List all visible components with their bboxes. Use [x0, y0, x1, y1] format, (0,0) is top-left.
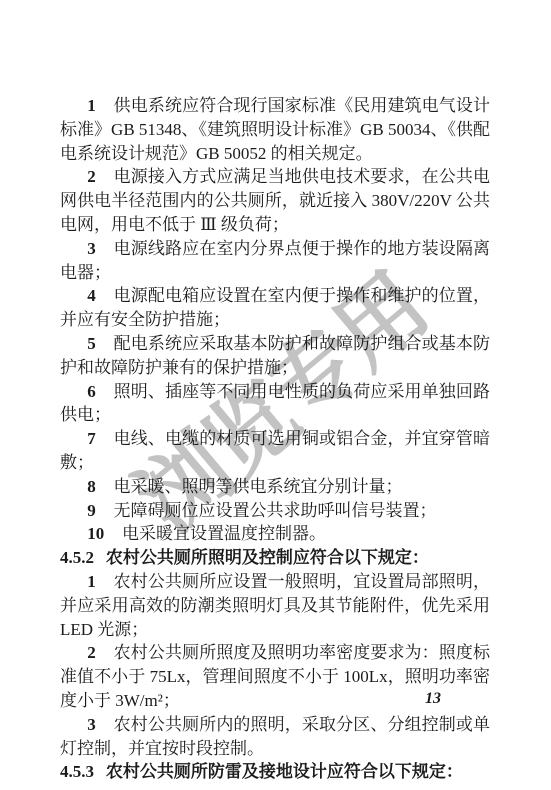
list-item: 2电源接入方式应满足当地供电技术要求，在公共电网供电半径范围内的公共厕所，就近接…: [60, 165, 490, 236]
item-number: 7: [87, 429, 96, 448]
item-text: 电采暖、照明等供电系统宜分别计量；: [114, 477, 403, 496]
item-text: 电源接入方式应满足当地供电技术要求，在公共电网供电半径范围内的公共厕所，就近接入…: [60, 167, 490, 234]
item-number: 4: [87, 286, 96, 305]
list-item: 8电采暖、照明等供电系统宜分别计量；: [60, 475, 490, 499]
item-number: 9: [87, 501, 96, 520]
page-number: 13: [425, 690, 441, 708]
clause-text: 农村公共厕所防雷及接地设计应符合以下规定：: [106, 762, 463, 781]
item-text: 农村公共厕所内的照明，采取分区、分组控制或单灯控制，并宜按时段控制。: [60, 715, 490, 758]
item-text: 电线、电缆的材质可选用铜或铝合金，并宜穿管暗敷；: [60, 429, 490, 472]
list-item: 1供电系统应符合现行国家标准《民用建筑电气设计标准》GB 51348、《建筑照明…: [60, 94, 490, 165]
list-item: 3农村公共厕所内的照明，采取分区、分组控制或单灯控制，并宜按时段控制。: [60, 713, 490, 761]
list-item: 4电源配电箱应设置在室内便于操作和维护的位置，并应有安全防护措施；: [60, 284, 490, 332]
clause-heading: 4.5.3农村公共厕所防雷及接地设计应符合以下规定：: [60, 760, 490, 784]
item-text: 照明、插座等不同用电性质的负荷应采用单独回路供电；: [60, 382, 490, 425]
item-number: 5: [87, 334, 96, 353]
item-text: 无障碍厕位应设置公共求助呼叫信号装置；: [114, 501, 437, 520]
item-text: 电源配电箱应设置在室内便于操作和维护的位置，并应有安全防护措施；: [60, 286, 490, 329]
list-item: 7电线、电缆的材质可选用铜或铝合金，并宜穿管暗敷；: [60, 427, 490, 475]
item-number: 6: [87, 382, 96, 401]
list-item: 10电采暖宜设置温度控制器。: [60, 522, 490, 546]
item-number: 3: [87, 715, 96, 734]
list-item: 1农村公共厕所应设置一般照明，宜设置局部照明，并应采用高效的防潮类照明灯具及其节…: [60, 570, 490, 641]
clause-number: 4.5.3: [60, 762, 94, 781]
item-text: 配电系统应采取基本防护和故障防护组合或基本防护和故障防护兼有的保护措施；: [60, 334, 490, 377]
page-body-text: 1供电系统应符合现行国家标准《民用建筑电气设计标准》GB 51348、《建筑照明…: [60, 94, 490, 784]
item-text: 电源线路应在室内分界点便于操作的地方装设隔离电器；: [60, 239, 490, 282]
clause-number: 4.5.2: [60, 548, 94, 567]
item-text: 农村公共厕所应设置一般照明，宜设置局部照明，并应采用高效的防潮类照明灯具及其节能…: [60, 572, 490, 639]
item-number: 3: [87, 239, 96, 258]
clause-text: 农村公共厕所照明及控制应符合以下规定：: [106, 548, 429, 567]
item-number: 2: [87, 167, 96, 186]
clause-heading: 4.5.2农村公共厕所照明及控制应符合以下规定：: [60, 546, 490, 570]
list-item: 3电源线路应在室内分界点便于操作的地方装设隔离电器；: [60, 237, 490, 285]
document-page: 浏览专用 1供电系统应符合现行国家标准《民用建筑电气设计标准》GB 51348、…: [0, 0, 551, 790]
item-number: 1: [87, 96, 96, 115]
list-item: 5配电系统应采取基本防护和故障防护组合或基本防护和故障防护兼有的保护措施；: [60, 332, 490, 380]
list-item: 6照明、插座等不同用电性质的负荷应采用单独回路供电；: [60, 380, 490, 428]
item-number: 1: [87, 572, 96, 591]
item-number: 2: [87, 643, 96, 662]
list-item: 9无障碍厕位应设置公共求助呼叫信号装置；: [60, 499, 490, 523]
item-number: 8: [87, 477, 96, 496]
item-text: 电采暖宜设置温度控制器。: [122, 524, 326, 543]
item-text: 供电系统应符合现行国家标准《民用建筑电气设计标准》GB 51348、《建筑照明设…: [60, 96, 490, 163]
item-number: 10: [87, 524, 104, 543]
